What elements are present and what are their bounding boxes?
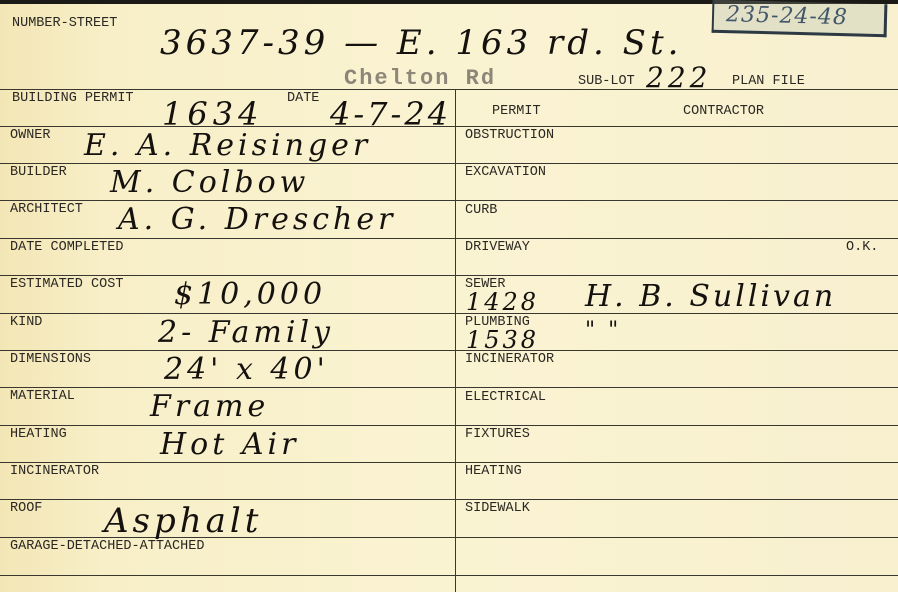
left-field-label: ARCHITECT [10,203,83,217]
building-permit-label: BUILDING PERMIT [12,92,134,106]
right-field-label: FIXTURES [465,428,530,442]
left-field-value: A. G. Drescher [118,205,396,235]
file-number: 235-24-48 [726,2,848,30]
permit-column-header: PERMIT [492,105,541,119]
left-field-value: Asphalt [104,504,262,538]
column-divider [455,89,456,592]
left-field-value: 2- Family [158,318,334,348]
left-field-label: KIND [10,316,42,330]
plan-file-label: PLAN FILE [732,75,805,89]
left-field-value: M. Colbow [110,168,309,198]
contractor-name: H. B. Sullivan [585,282,836,312]
rule-line [0,275,898,276]
rule-line [0,163,898,164]
left-field-label: GARAGE-DETACHED-ATTACHED [10,540,204,554]
left-field-label: MATERIAL [10,390,75,404]
date-label: DATE [287,92,319,106]
permit-card: 235-24-48 NUMBER-STREET 3637-39 — E. 163… [0,0,898,592]
contractor-name: " " [585,320,621,342]
left-field-label: BUILDER [10,166,67,180]
left-field-value: Frame [150,392,269,422]
left-field-label: ROOF [10,502,42,516]
rule-line [0,350,898,351]
building-permit-value: 1634 [162,98,263,130]
right-field-label: ELECTRICAL [465,391,546,405]
permit-number: 1538 [466,328,539,352]
rule-line [0,462,898,463]
date-value: 4-7-24 [330,98,451,130]
left-field-label: INCINERATOR [10,465,99,479]
rule-line [0,200,898,201]
contractor-column-header: CONTRACTOR [683,105,764,119]
left-field-value: E. A. Reisinger [84,131,371,161]
right-field-label: OBSTRUCTION [465,129,554,143]
street-stamp: Chelton Rd [344,66,496,91]
rule-line [0,499,898,500]
right-field-label: INCINERATOR [465,353,554,367]
file-number-box: 235-24-48 [712,0,888,37]
left-field-value: Hot Air [160,430,299,460]
rule-line [0,89,898,90]
rule-line [0,387,898,388]
left-field-label: OWNER [10,129,51,143]
right-field-label: EXCAVATION [465,166,546,180]
rule-line [0,238,898,239]
left-field-value: $10,000 [174,280,326,310]
left-field-label: ESTIMATED COST [10,278,123,292]
left-field-label: DIMENSIONS [10,353,91,367]
right-field-label: DRIVEWAY [465,241,530,255]
rule-line [0,575,898,576]
number-street-value: 3637-39 — E. 163 rd. St. [160,26,682,60]
rule-line [0,425,898,426]
right-field-label: CURB [465,204,497,218]
permit-number: 1428 [466,290,539,314]
sub-lot-value: 222 [646,64,711,92]
left-field-label: HEATING [10,428,67,442]
number-street-label: NUMBER-STREET [12,17,117,31]
left-field-value: 24' x 40' [164,355,329,385]
right-field-label: SIDEWALK [465,502,530,516]
sub-lot-label: SUB-LOT [578,75,635,89]
status-note: O.K. [846,241,878,255]
left-field-label: DATE COMPLETED [10,241,123,255]
right-field-label: HEATING [465,465,522,479]
